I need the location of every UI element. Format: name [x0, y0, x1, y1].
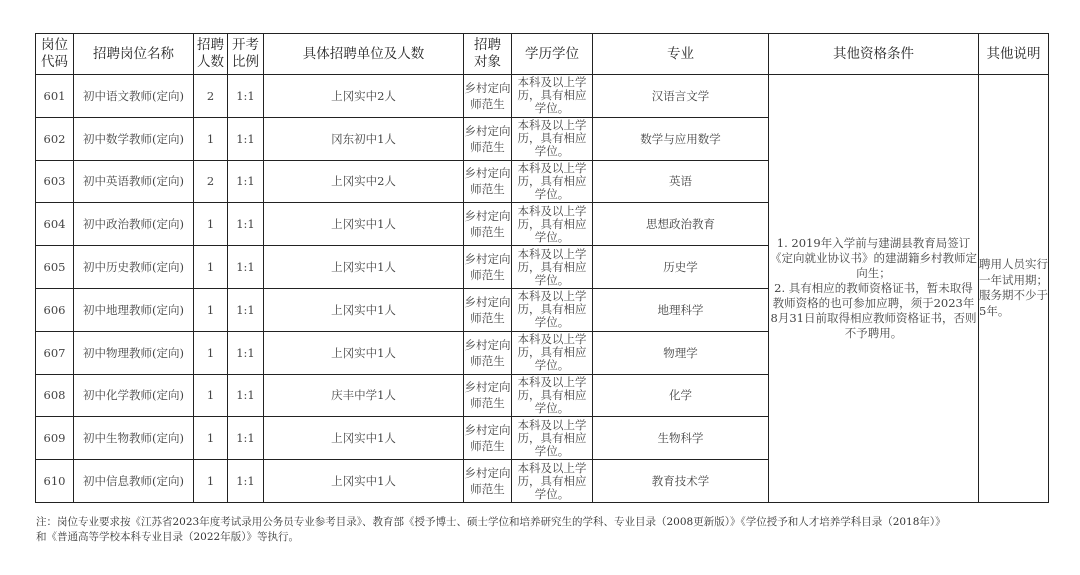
cell-target: 乡村定向师范生 [464, 460, 512, 503]
table-row: 601 初中语文教师(定向) 2 1:1 上冈实中2人 乡村定向师范生 本科及以… [36, 75, 1049, 118]
cell-unit: 上冈实中1人 [264, 460, 464, 503]
qualification-item-2: 2. 具有相应的教师资格证书，暂未取得教师资格的也可参加应聘，须于2023年8月… [769, 281, 978, 341]
cell-target: 乡村定向师范生 [464, 288, 512, 331]
cell-education: 本科及以上学历，具有相应学位。 [512, 203, 593, 246]
cell-count: 1 [194, 417, 228, 460]
cell-position-name: 初中信息教师(定向) [74, 460, 194, 503]
cell-unit: 上冈实中1人 [264, 331, 464, 374]
cell-position-name: 初中数学教师(定向) [74, 117, 194, 160]
cell-ratio: 1:1 [228, 117, 264, 160]
cell-code: 601 [36, 75, 74, 118]
header-row: 岗位代码 招聘岗位名称 招聘人数 开考比例 具体招聘单位及人数 招聘对象 学历学… [36, 34, 1049, 75]
cell-education: 本科及以上学历，具有相应学位。 [512, 246, 593, 289]
cell-target: 乡村定向师范生 [464, 417, 512, 460]
header-other-notes: 其他说明 [979, 34, 1049, 75]
footnote-line-1: 注：岗位专业要求按《江苏省2023年度考试录用公务员专业参考目录》、教育部《授予… [36, 515, 1066, 530]
cell-qualifications: 1. 2019年入学前与建湖县教育局签订《定向就业协议书》的建湖籍乡村教师定向生… [769, 75, 979, 503]
footnote-line-2: 和《普通高等学校本科专业目录（2022年版）》等执行。 [36, 530, 1066, 545]
cell-unit: 上冈实中1人 [264, 203, 464, 246]
cell-count: 1 [194, 203, 228, 246]
cell-other-notes: 聘用人员实行一年试用期；服务期不少于5年。 [979, 75, 1049, 503]
cell-code: 607 [36, 331, 74, 374]
cell-ratio: 1:1 [228, 417, 264, 460]
cell-code: 602 [36, 117, 74, 160]
cell-position-name: 初中语文教师(定向) [74, 75, 194, 118]
cell-position-name: 初中历史教师(定向) [74, 246, 194, 289]
cell-major: 物理学 [593, 331, 769, 374]
cell-education: 本科及以上学历，具有相应学位。 [512, 331, 593, 374]
cell-count: 1 [194, 331, 228, 374]
cell-education: 本科及以上学历，具有相应学位。 [512, 417, 593, 460]
cell-ratio: 1:1 [228, 160, 264, 203]
cell-count: 1 [194, 460, 228, 503]
cell-count: 1 [194, 374, 228, 417]
header-target: 招聘对象 [464, 34, 512, 75]
cell-major: 数学与应用数学 [593, 117, 769, 160]
cell-ratio: 1:1 [228, 460, 264, 503]
cell-education: 本科及以上学历，具有相应学位。 [512, 117, 593, 160]
cell-unit: 冈东初中1人 [264, 117, 464, 160]
header-qualifications: 其他资格条件 [769, 34, 979, 75]
cell-position-name: 初中化学教师(定向) [74, 374, 194, 417]
header-count: 招聘人数 [194, 34, 228, 75]
footnote: 注：岗位专业要求按《江苏省2023年度考试录用公务员专业参考目录》、教育部《授予… [36, 515, 1066, 544]
cell-target: 乡村定向师范生 [464, 117, 512, 160]
header-code: 岗位代码 [36, 34, 74, 75]
cell-unit: 上冈实中1人 [264, 417, 464, 460]
cell-unit: 上冈实中1人 [264, 288, 464, 331]
recruitment-table: 岗位代码 招聘岗位名称 招聘人数 开考比例 具体招聘单位及人数 招聘对象 学历学… [35, 33, 1049, 503]
header-education: 学历学位 [512, 34, 593, 75]
cell-ratio: 1:1 [228, 246, 264, 289]
cell-count: 1 [194, 288, 228, 331]
cell-major: 教育技术学 [593, 460, 769, 503]
cell-target: 乡村定向师范生 [464, 203, 512, 246]
header-ratio: 开考比例 [228, 34, 264, 75]
cell-count: 2 [194, 160, 228, 203]
cell-education: 本科及以上学历，具有相应学位。 [512, 374, 593, 417]
cell-count: 1 [194, 117, 228, 160]
cell-unit: 上冈实中2人 [264, 75, 464, 118]
cell-position-name: 初中政治教师(定向) [74, 203, 194, 246]
cell-target: 乡村定向师范生 [464, 331, 512, 374]
cell-major: 英语 [593, 160, 769, 203]
cell-education: 本科及以上学历，具有相应学位。 [512, 460, 593, 503]
header-major: 专业 [593, 34, 769, 75]
cell-major: 化学 [593, 374, 769, 417]
cell-major: 生物科学 [593, 417, 769, 460]
cell-target: 乡村定向师范生 [464, 75, 512, 118]
cell-major: 汉语言文学 [593, 75, 769, 118]
cell-ratio: 1:1 [228, 374, 264, 417]
cell-position-name: 初中生物教师(定向) [74, 417, 194, 460]
cell-code: 605 [36, 246, 74, 289]
cell-major: 历史学 [593, 246, 769, 289]
cell-unit: 庆丰中学1人 [264, 374, 464, 417]
header-unit: 具体招聘单位及人数 [264, 34, 464, 75]
cell-education: 本科及以上学历，具有相应学位。 [512, 75, 593, 118]
header-position-name: 招聘岗位名称 [74, 34, 194, 75]
cell-code: 608 [36, 374, 74, 417]
cell-education: 本科及以上学历，具有相应学位。 [512, 160, 593, 203]
cell-code: 604 [36, 203, 74, 246]
cell-code: 603 [36, 160, 74, 203]
cell-major: 思想政治教育 [593, 203, 769, 246]
cell-code: 610 [36, 460, 74, 503]
cell-ratio: 1:1 [228, 75, 264, 118]
qualification-item-1: 1. 2019年入学前与建湖县教育局签订《定向就业协议书》的建湖籍乡村教师定向生… [769, 236, 978, 281]
cell-ratio: 1:1 [228, 331, 264, 374]
cell-code: 606 [36, 288, 74, 331]
cell-count: 2 [194, 75, 228, 118]
cell-unit: 上冈实中1人 [264, 246, 464, 289]
cell-ratio: 1:1 [228, 203, 264, 246]
cell-target: 乡村定向师范生 [464, 246, 512, 289]
cell-target: 乡村定向师范生 [464, 160, 512, 203]
cell-ratio: 1:1 [228, 288, 264, 331]
cell-position-name: 初中物理教师(定向) [74, 331, 194, 374]
cell-position-name: 初中地理教师(定向) [74, 288, 194, 331]
cell-position-name: 初中英语教师(定向) [74, 160, 194, 203]
cell-major: 地理科学 [593, 288, 769, 331]
cell-count: 1 [194, 246, 228, 289]
cell-target: 乡村定向师范生 [464, 374, 512, 417]
cell-education: 本科及以上学历，具有相应学位。 [512, 288, 593, 331]
cell-code: 609 [36, 417, 74, 460]
cell-unit: 上冈实中2人 [264, 160, 464, 203]
